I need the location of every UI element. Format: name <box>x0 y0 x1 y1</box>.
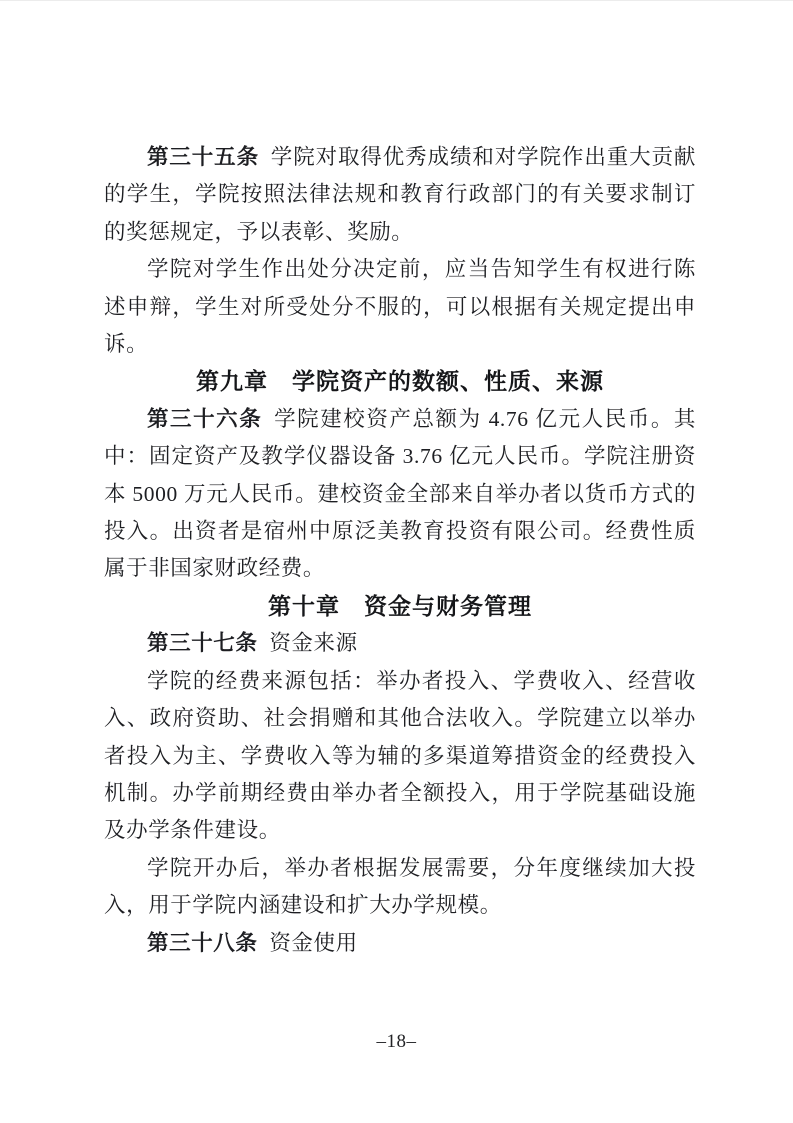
paragraph-article-37: 第三十七条资金来源 <box>104 625 696 662</box>
paragraph-article-36: 第三十六条学院建校资产总额为 4.76 亿元人民币。其中：固定资产及教学仪器设备… <box>104 401 696 588</box>
article-35-number: 第三十五条 <box>147 145 259 169</box>
paragraph-article-35: 第三十五条学院对取得优秀成绩和对学院作出重大贡献的学生，学院按照法律法规和教育行… <box>104 139 696 251</box>
article-37-text: 资金来源 <box>269 631 357 655</box>
page-number: –18– <box>377 1031 417 1052</box>
paragraph-appeal-rights: 学院对学生作出处分决定前，应当告知学生有权进行陈述申辩，学生对所受处分不服的，可… <box>104 251 696 363</box>
document-content: 第三十五条学院对取得优秀成绩和对学院作出重大贡献的学生，学院按照法律法规和教育行… <box>104 139 696 962</box>
document-page: 第三十五条学院对取得优秀成绩和对学院作出重大贡献的学生，学院按照法律法规和教育行… <box>0 0 793 1123</box>
funding-sources-text: 学院的经费来源包括：举办者投入、学费收入、经营收入、政府资助、社会捐赠和其他合法… <box>104 669 696 843</box>
article-36-text: 学院建校资产总额为 4.76 亿元人民币。其中：固定资产及教学仪器设备 3.76… <box>104 407 696 581</box>
chapter-10-heading: 第十章 资金与财务管理 <box>104 588 696 625</box>
chapter-9-heading: 第九章 学院资产的数额、性质、来源 <box>104 363 696 400</box>
appeal-rights-text: 学院对学生作出处分决定前，应当告知学生有权进行陈述申辩，学生对所受处分不服的，可… <box>104 257 696 356</box>
paragraph-funding-sources: 学院的经费来源包括：举办者投入、学费收入、经营收入、政府资助、社会捐赠和其他合法… <box>104 663 696 850</box>
article-36-number: 第三十六条 <box>147 407 262 431</box>
article-38-text: 资金使用 <box>269 931 357 955</box>
page-footer: –18– <box>0 1029 793 1055</box>
article-37-number: 第三十七条 <box>147 631 258 655</box>
paragraph-post-opening-investment: 学院开办后，举办者根据发展需要，分年度继续加大投入，用于学院内涵建设和扩大办学规… <box>104 850 696 925</box>
article-38-number: 第三十八条 <box>147 931 258 955</box>
post-opening-investment-text: 学院开办后，举办者根据发展需要，分年度继续加大投入，用于学院内涵建设和扩大办学规… <box>104 856 696 917</box>
paragraph-article-38: 第三十八条资金使用 <box>104 925 696 962</box>
